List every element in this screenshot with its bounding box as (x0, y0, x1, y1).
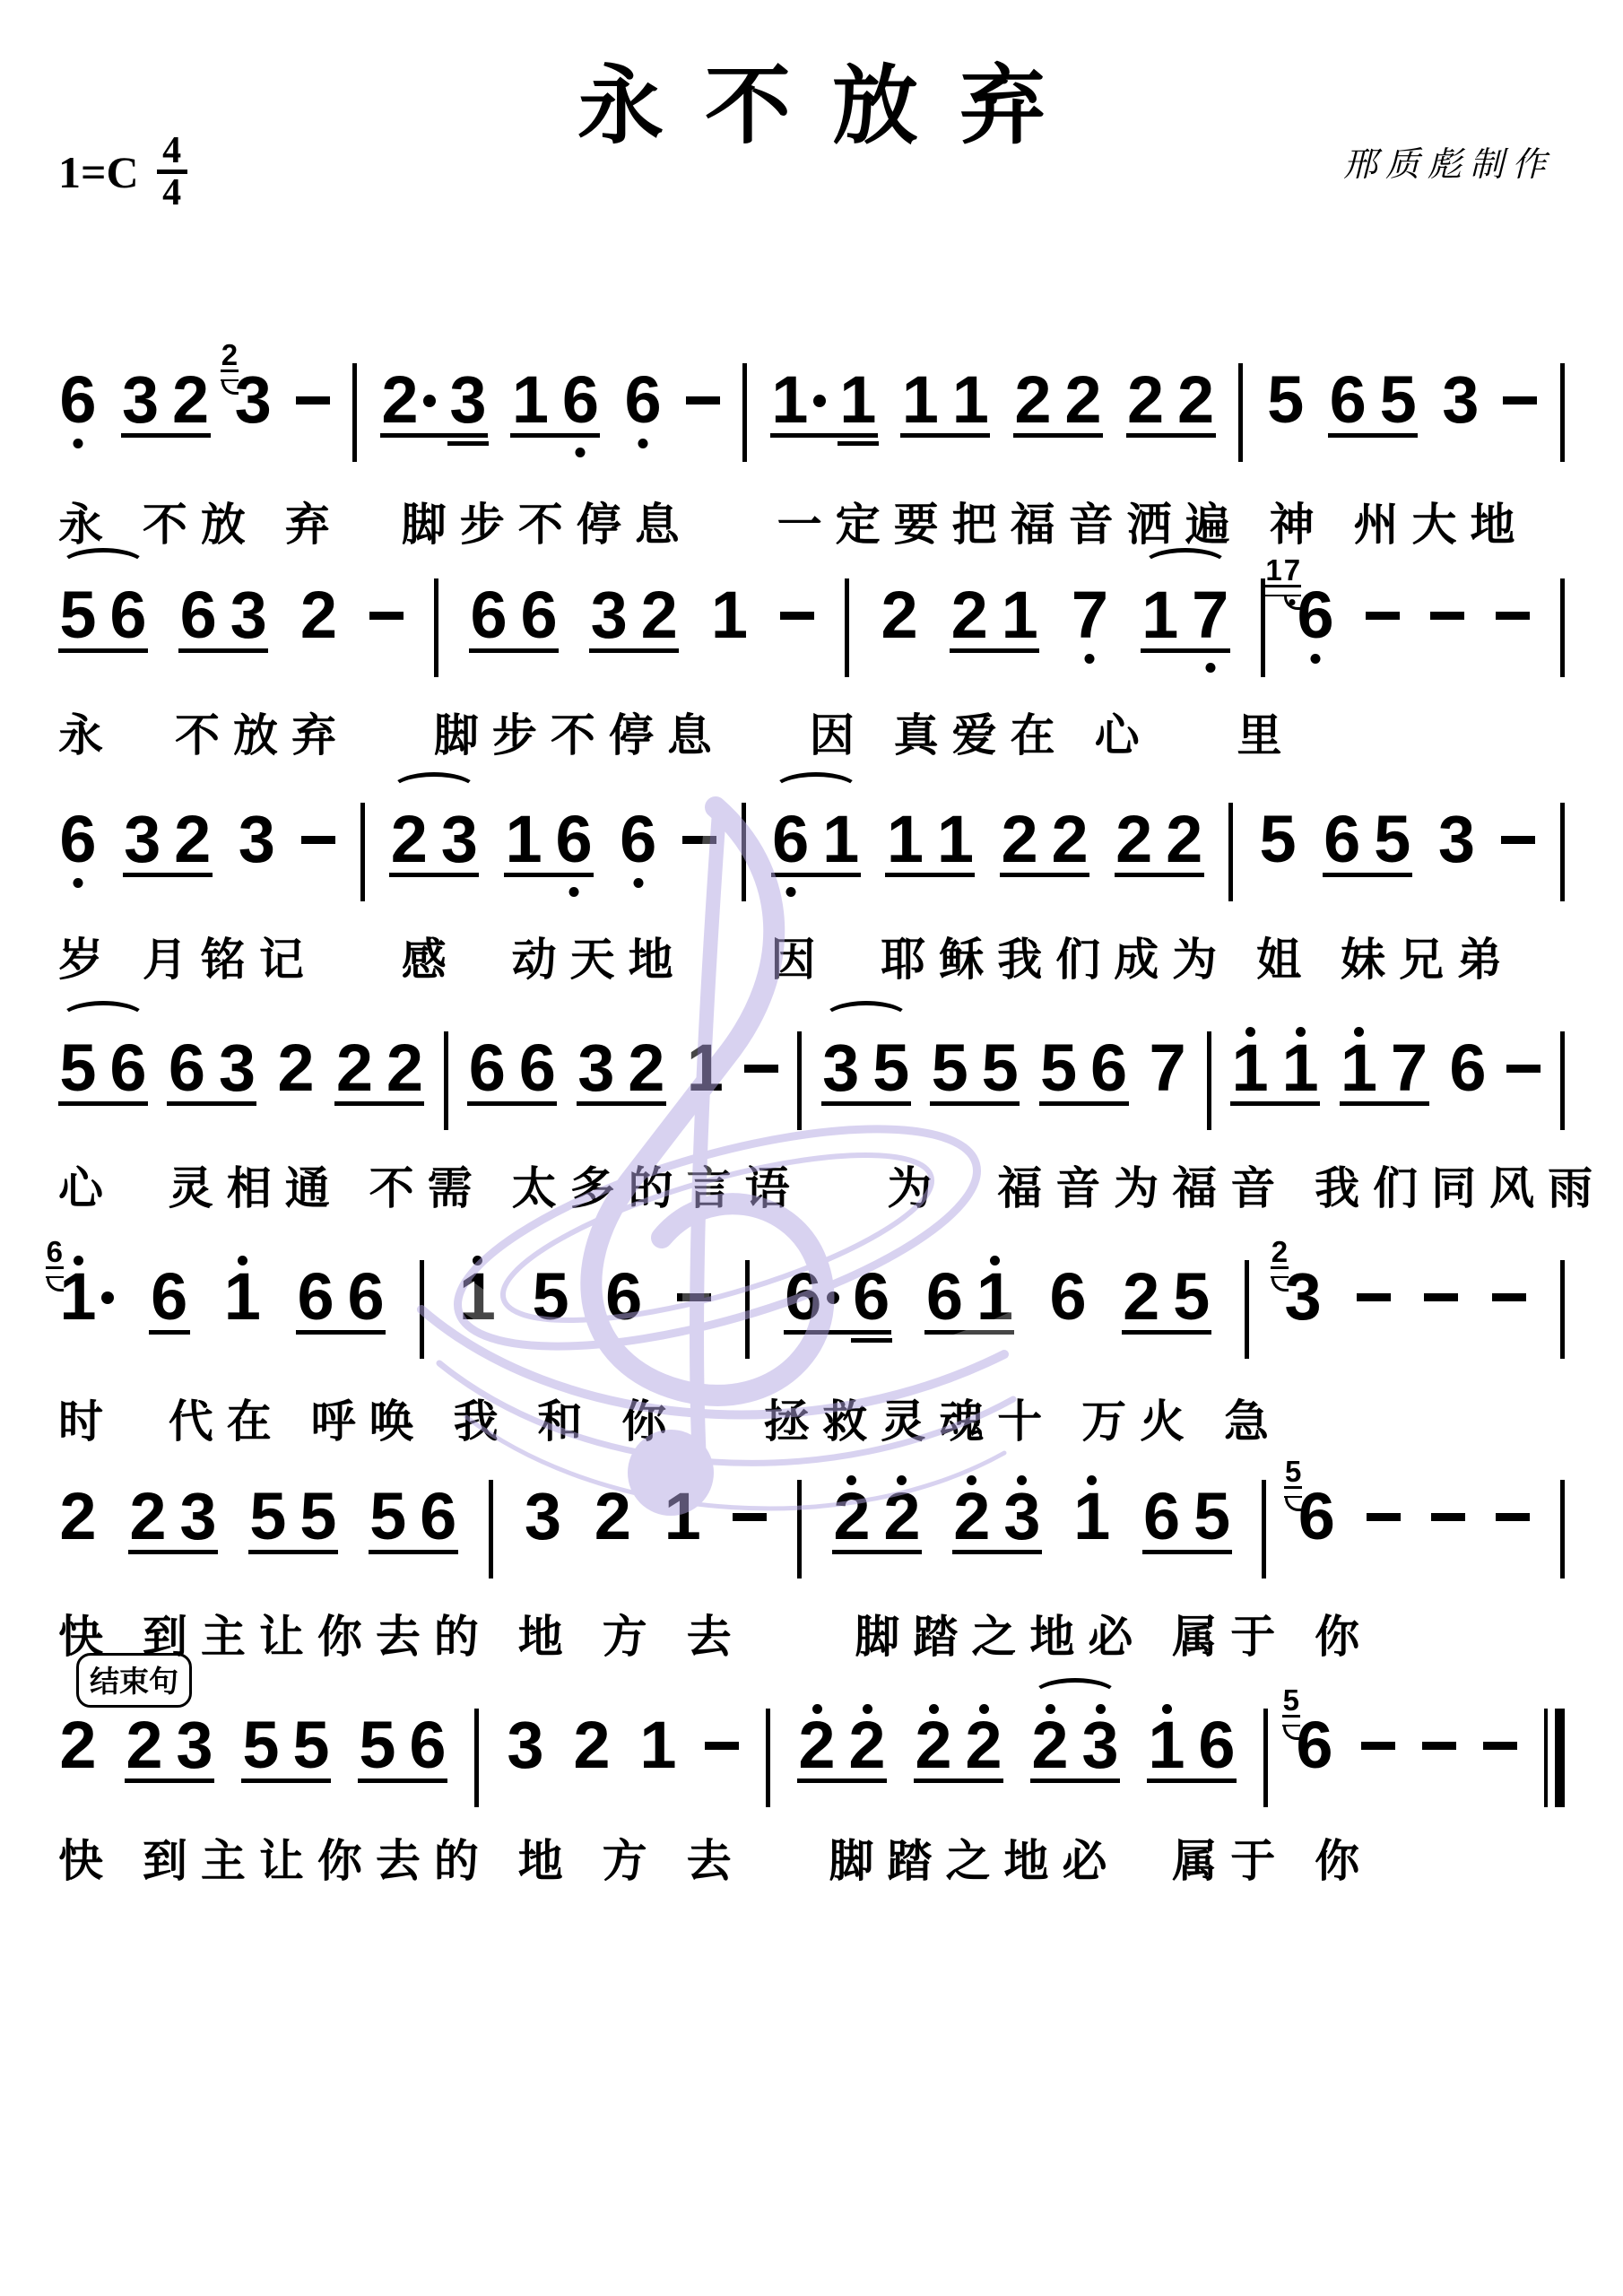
note-digit: 2 (915, 1718, 951, 1773)
beam-underline (178, 648, 268, 653)
beam-underline (369, 1550, 458, 1554)
note-digit: 2 (628, 1040, 664, 1096)
beam-group: 56 (58, 570, 148, 643)
beam-underline (1122, 1330, 1211, 1335)
note: 6 (1048, 1251, 1088, 1325)
beam-group: 11 (1230, 1022, 1320, 1096)
note-digit: 7 (1192, 587, 1228, 643)
notation-line: 5663266321221717617 (58, 570, 1565, 677)
note-digit: 5 (1380, 372, 1417, 428)
note-digit: 5 (872, 1040, 909, 1096)
note-digit: 5 (932, 1040, 968, 1096)
note: 2 (627, 1022, 666, 1096)
duration-dash (1424, 1293, 1458, 1301)
note-digit: 2 (59, 1489, 96, 1544)
beam-group: 11 (900, 354, 990, 428)
note: 6 (1142, 1471, 1182, 1544)
note: 2 (334, 1022, 374, 1096)
beam-underline (358, 1779, 447, 1783)
note-digit: 5 (1173, 1269, 1210, 1325)
duration-dash (296, 396, 330, 404)
grace-digit: 5 (1282, 1687, 1300, 1714)
note-digit: 6 (853, 1269, 890, 1325)
beam-underline (930, 1101, 1020, 1106)
note: 5 (299, 1471, 338, 1544)
note: 1 (457, 1251, 497, 1325)
note: 1 (1340, 1022, 1379, 1096)
note-digit: 3 (441, 812, 478, 867)
note: 6 (1197, 1700, 1237, 1773)
bar-line (1560, 1480, 1565, 1578)
beam-group: 35 (821, 1022, 911, 1096)
notation-line: 6323223166111122225653 (58, 354, 1565, 462)
beam-underline (1142, 1550, 1232, 1554)
beam-underline (1013, 433, 1103, 438)
beam-group: 61 (771, 794, 861, 867)
note-digit: 2 (1051, 812, 1088, 867)
beam-group: 65 (1328, 354, 1418, 428)
note-digit: 6 (1198, 1718, 1235, 1773)
note-digit: 3 (1081, 1718, 1118, 1773)
beam-underline (1328, 433, 1418, 438)
beam-group: 55 (930, 1022, 1020, 1096)
note: 6 (167, 1022, 206, 1096)
note-digit: 2 (59, 1718, 96, 1773)
note-digit: 3 (176, 1718, 213, 1773)
slur-arc (60, 548, 146, 583)
note-digit: 5 (59, 587, 96, 643)
beam-group: 23 (952, 1471, 1042, 1544)
note-digit: 3 (1285, 1269, 1322, 1325)
note: 5 (248, 1471, 288, 1544)
note-digit: 3 (219, 1040, 256, 1096)
note-digit: 5 (359, 1718, 395, 1773)
note-digit: 5 (292, 1718, 329, 1773)
beam-group: 56 (58, 1022, 148, 1096)
note-digit: 1 (639, 1718, 676, 1773)
note-digit: 2 (381, 372, 418, 428)
note: 2 (797, 1700, 837, 1773)
note-digit: 7 (1391, 1040, 1428, 1096)
time-signature-numerator: 4 (162, 133, 181, 169)
note: 2 (1050, 794, 1089, 867)
bar-line (1228, 803, 1233, 901)
duration-dash (1501, 836, 1535, 844)
beam-group: 22 (832, 1471, 922, 1544)
beam-group: 63 (178, 570, 268, 643)
beam-group: 32 (123, 794, 213, 867)
beam-underline (1030, 1779, 1120, 1783)
note: 2 (380, 354, 420, 428)
note: 2 (950, 570, 989, 643)
note-digit: 1 (664, 1489, 701, 1544)
note: 6 (554, 794, 594, 867)
beam-underline (334, 1101, 424, 1106)
note: 6 (419, 1471, 458, 1544)
beam-underline (389, 873, 479, 877)
note-digit: 1 (1002, 587, 1038, 643)
duration-dash (1496, 612, 1530, 620)
duration-dash (686, 396, 720, 404)
note: 2 (832, 1471, 872, 1544)
duration-dash (733, 1513, 767, 1521)
bar-line (742, 803, 746, 901)
note-digit: 1 (1148, 1718, 1185, 1773)
bar-line (797, 1480, 802, 1578)
duration-dash (744, 1065, 778, 1073)
note: 6 (58, 354, 98, 428)
beam-underline (1147, 1779, 1237, 1783)
note-digit: 5 (1193, 1489, 1230, 1544)
beam-underline (380, 433, 488, 438)
duration-dash (301, 836, 335, 844)
beam-underline (296, 1330, 386, 1335)
note-digit: 1 (224, 1269, 261, 1325)
note: 2 (171, 354, 211, 428)
note: 3 (123, 794, 162, 867)
note-digit: 2 (391, 812, 428, 867)
note-digit: 2 (1177, 372, 1214, 428)
note: 6 (852, 1251, 891, 1325)
note-digit: 2 (951, 587, 988, 643)
note-digit: 6 (926, 1269, 963, 1325)
beam-underline (1141, 648, 1230, 653)
note: 5 (1193, 1471, 1232, 1544)
note: 3 (1441, 354, 1480, 428)
beam-group: 61 (924, 1251, 1014, 1325)
note: 2 (58, 1700, 98, 1773)
note-digit: 5 (59, 1040, 96, 1096)
beam-group: 66 (469, 570, 559, 643)
note: 2 (1176, 354, 1216, 428)
note: 6 (1328, 354, 1367, 428)
note-digit: 1 (839, 372, 876, 428)
note: 3 (229, 570, 268, 643)
grace-digits: 6 (46, 1239, 64, 1265)
grace-digits: 2 (1271, 1239, 1289, 1265)
duration-dash (682, 836, 716, 844)
beam-group: 16 (1147, 1700, 1237, 1773)
beam-group: 32 (121, 354, 211, 428)
note-digit: 3 (239, 812, 275, 867)
note-digit: 6 (1298, 1489, 1335, 1544)
note-digit: 3 (525, 1489, 561, 1544)
beam-group: 23 (389, 794, 479, 867)
beam-group: 32 (589, 570, 679, 643)
note-digit: 6 (409, 1718, 446, 1773)
slur-arc (1032, 1678, 1118, 1713)
note: 6 (517, 1022, 557, 1096)
duration-dash (1506, 1065, 1541, 1073)
beam-group: 23 (128, 1471, 218, 1544)
grace-digit: 6 (46, 1239, 64, 1265)
beam-underline (510, 433, 600, 438)
duration-dash (780, 612, 814, 620)
bar-line (1560, 803, 1565, 901)
note-digit: 6 (180, 587, 217, 643)
lyrics-line: 心 灵相通 不需 太多的言语 为 福音为福音 我们同风雨 (58, 1152, 1587, 1217)
note-digit: 6 (347, 1269, 384, 1325)
note: 5 (1378, 354, 1418, 428)
note: 3 (448, 354, 488, 428)
note-digit: 2 (1127, 372, 1164, 428)
note: 6 (1448, 1022, 1488, 1096)
note-digit: 1 (937, 812, 974, 867)
note: 3 (175, 1700, 214, 1773)
note: 2 (1063, 354, 1103, 428)
note-digit: 6 (59, 812, 96, 867)
note: 5 (1172, 1251, 1211, 1325)
note-digit: 1 (459, 1269, 496, 1325)
note: 3 (1002, 1471, 1042, 1544)
beam-underline (1230, 1101, 1320, 1106)
note-digit: 6 (420, 1489, 456, 1544)
beam-underline (121, 433, 211, 438)
note-digit: 5 (1267, 372, 1304, 428)
beam-underline (924, 1330, 1014, 1335)
beam-group: 22 (914, 1700, 1003, 1773)
note-digit: 6 (555, 812, 592, 867)
note-digit: 3 (822, 1040, 859, 1096)
note-digit: 2 (881, 587, 917, 643)
bar-line (1245, 1260, 1249, 1359)
note-digit: 1 (1141, 587, 1178, 643)
grace-digit: 7 (1283, 557, 1301, 584)
note: 1 (1280, 1022, 1320, 1096)
duration-dash (369, 612, 404, 620)
grace-digits: 5 (1282, 1687, 1300, 1714)
note: 6 (560, 354, 600, 428)
note: 6 (519, 570, 559, 643)
note: 2 (299, 570, 338, 643)
note: 6 (178, 570, 218, 643)
note-digit: 1 (887, 812, 924, 867)
bar-line (1262, 1480, 1266, 1578)
bar-line (360, 803, 365, 901)
beam-group: 63 (167, 1022, 256, 1096)
beam-group: 23 (125, 1700, 214, 1773)
grace-note: 17 (1264, 557, 1301, 610)
notation-line: 566322266321355556711176 (58, 1022, 1565, 1130)
note: 6 (58, 794, 98, 867)
bar-line (434, 578, 438, 677)
note-digit: 1 (952, 372, 989, 428)
duration-dash (1361, 1742, 1395, 1750)
note-digit: 2 (300, 587, 337, 643)
note: 5 (1258, 794, 1298, 867)
note-digit: 2 (965, 1718, 1002, 1773)
note-digit: 3 (230, 587, 267, 643)
note-digit: 1 (771, 372, 808, 428)
note: 2 (639, 570, 679, 643)
note: 65 (1295, 1700, 1334, 1773)
duration-dash (1483, 1742, 1517, 1750)
note: 2 (1115, 794, 1154, 867)
note-digit: 6 (151, 1269, 187, 1325)
note: 5 (241, 1700, 281, 1773)
lyrics-line: 永 不放 弃 脚步不停息 一定要把福音洒遍 神 州大地 (58, 489, 1587, 553)
note: 7 (1390, 1022, 1429, 1096)
slur-arc (773, 772, 859, 807)
grace-digits: 2 (221, 342, 239, 369)
note: 6 (784, 1251, 823, 1325)
grace-tie-curve (1285, 1498, 1302, 1511)
note: 3 (506, 1700, 545, 1773)
note: 2 (593, 1471, 632, 1544)
bar-line (444, 1031, 448, 1130)
beam-underline (952, 1550, 1042, 1554)
note-digit: 3 (1438, 812, 1475, 867)
note-digit: 5 (1260, 812, 1297, 867)
note: 6 (1323, 794, 1362, 867)
beam-group: 23 (380, 354, 488, 428)
beam-group: 66 (784, 1251, 891, 1325)
note: 1 (709, 570, 749, 643)
note: 1 (638, 1700, 678, 1773)
note-digit: 5 (299, 1489, 336, 1544)
note-digit: 2 (573, 1718, 610, 1773)
beam-group: 56 (358, 1700, 447, 1773)
bar-line (489, 1480, 493, 1578)
note-digit: 3 (235, 372, 272, 428)
note: 1 (885, 794, 924, 867)
grace-note: 6 (46, 1239, 64, 1291)
note-digit: 1 (822, 812, 859, 867)
note: 6 (469, 570, 508, 643)
beam-group: 11 (770, 354, 878, 428)
grace-note: 2 (1271, 1239, 1289, 1291)
note-digit: 6 (469, 1040, 506, 1096)
note: 2 (964, 1700, 1003, 1773)
beam-underline (950, 648, 1039, 653)
beam-underline (125, 1779, 214, 1783)
note-digit: 6 (1049, 1269, 1086, 1325)
note: 1 (1000, 570, 1039, 643)
note: 3 (1436, 794, 1476, 867)
bar-line (352, 363, 357, 462)
note: 5 (1373, 794, 1412, 867)
note-digit: 2 (1115, 812, 1152, 867)
beam-underline (167, 1101, 256, 1106)
time-signature-denominator: 4 (162, 175, 181, 211)
note: 6 (604, 1251, 644, 1325)
note-digit: 1 (1281, 1040, 1318, 1096)
note-digit: 2 (883, 1489, 920, 1544)
note-digit: 6 (109, 587, 146, 643)
beam-underline (1039, 1101, 1129, 1106)
sheet-music-page: 永不放弃 1=C 4 4 邢质彪制作 结束句 63232231661111222… (0, 0, 1623, 2296)
beam-group: 55 (248, 1471, 338, 1544)
note: 6 (623, 354, 663, 428)
note-digit: 6 (1090, 1040, 1127, 1096)
note-digit: 1 (1231, 1040, 1268, 1096)
note: 1 (504, 794, 543, 867)
bar-line (766, 1709, 770, 1807)
slur-arc (391, 772, 477, 807)
note-digit: 2 (1014, 372, 1051, 428)
beam-underline (123, 873, 213, 877)
note-digit: 2 (126, 1718, 162, 1773)
grace-note: 5 (1284, 1458, 1302, 1511)
note: 32 (233, 354, 273, 428)
lyrics-line: 快 到主让你去的 地 方 去 脚踏之地必 属于 你 (58, 1825, 1587, 1890)
beam-underline (1000, 873, 1089, 877)
note-digit: 1 (1073, 1489, 1110, 1544)
note: 16 (58, 1251, 98, 1325)
note: 1 (685, 1022, 725, 1096)
beam-group: 22 (1000, 794, 1089, 867)
underline-2 (447, 441, 489, 446)
note: 2 (385, 1022, 424, 1096)
duration-dash (1422, 1742, 1456, 1750)
note: 5 (980, 1022, 1020, 1096)
note: 6 (924, 1251, 964, 1325)
thick-bar (1555, 1709, 1565, 1807)
beam-group: 16 (510, 354, 600, 428)
slur-arc (1142, 548, 1228, 583)
note: 2 (1126, 354, 1166, 428)
bar-line (420, 1260, 424, 1359)
note: 1 (838, 354, 878, 428)
notation-line: 22355563212222231665 (58, 1700, 1565, 1807)
note-digit: 3 (591, 587, 628, 643)
note: 1 (950, 354, 990, 428)
note-digit: 1 (711, 587, 748, 643)
note: 1 (510, 354, 550, 428)
note-digit: 2 (1031, 1718, 1068, 1773)
bar-line (1560, 1031, 1565, 1130)
notation-line: 166166156666162532 (58, 1251, 1565, 1359)
note: 1 (900, 354, 940, 428)
note-digit: 1 (59, 1269, 96, 1325)
note: 7 (1148, 1022, 1187, 1096)
beam-group: 17 (1141, 570, 1230, 643)
duration-dash (1367, 1513, 1401, 1521)
beam-underline (58, 1101, 148, 1106)
note-digit: 2 (1001, 812, 1037, 867)
lyrics-line: 时 代在 呼唤 我 和 你 拯救灵魂十 万火 急 (58, 1386, 1587, 1450)
note-digit: 6 (562, 372, 599, 428)
note: 2 (1122, 1251, 1161, 1325)
note-digit: 2 (386, 1040, 423, 1096)
note: 2 (572, 1700, 612, 1773)
note-digit: 2 (595, 1489, 631, 1544)
note-digit: 2 (336, 1040, 373, 1096)
beam-group: 16 (504, 794, 594, 867)
note-digit: 6 (169, 1040, 205, 1096)
note: 5 (1039, 1022, 1079, 1096)
beam-group: 22 (334, 1022, 424, 1096)
note: 2 (880, 570, 919, 643)
note: 2 (1000, 794, 1039, 867)
note-digit: 5 (532, 1269, 568, 1325)
note: 1 (935, 794, 975, 867)
grace-digits: 5 (1284, 1458, 1302, 1485)
duration-dash (1430, 612, 1464, 620)
note: 2 (173, 794, 213, 867)
note: 65 (1297, 1471, 1336, 1544)
note-digit: 6 (470, 587, 507, 643)
note-digit: 6 (1143, 1489, 1180, 1544)
note: 1 (1230, 1022, 1270, 1096)
note: 2 (128, 1471, 168, 1544)
note: 6 (1089, 1022, 1129, 1096)
beam-underline (1126, 433, 1216, 438)
grace-tie-curve (47, 1278, 64, 1291)
beam-group: 22 (1126, 354, 1216, 428)
note: 6 (408, 1700, 447, 1773)
duration-dash (1492, 1293, 1526, 1301)
